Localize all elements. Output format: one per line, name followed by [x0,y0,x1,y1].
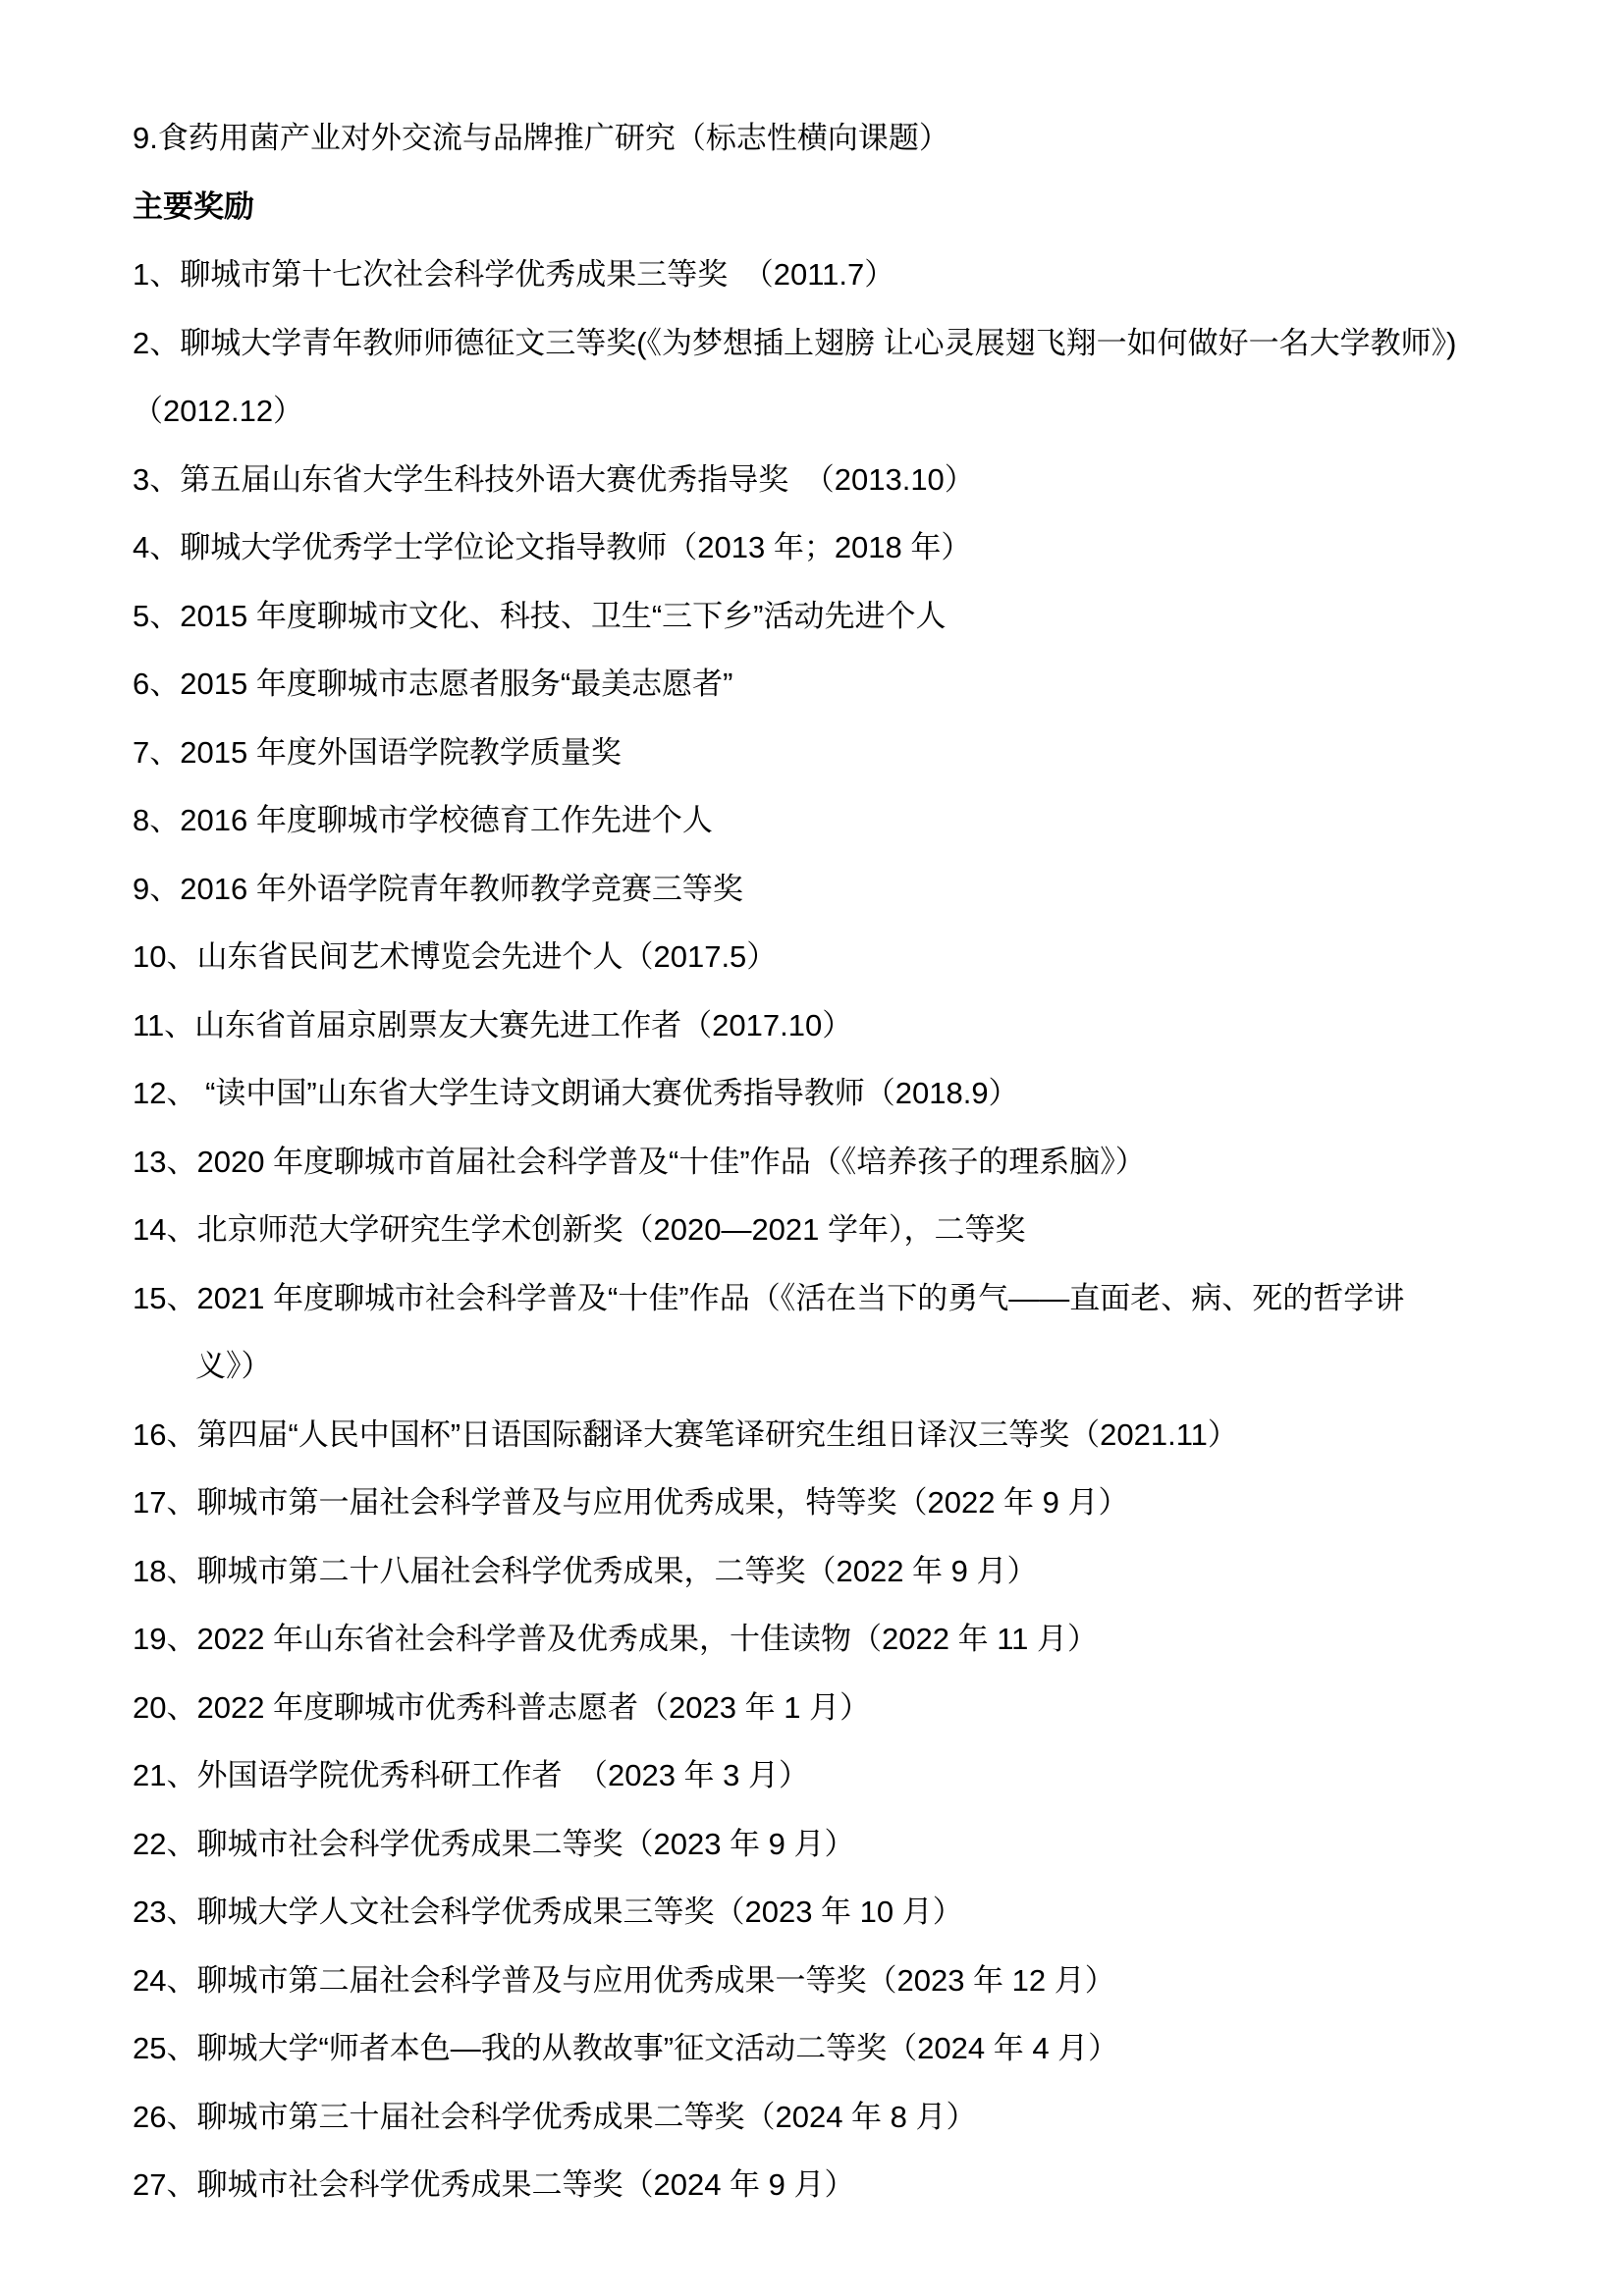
award-line: 21、外国语学院优秀科研工作者 （2023 年 3 月） [133,1741,1537,1810]
award-line: 8、2016 年度聊城市学校德育工作先进个人 [133,786,1537,855]
award-line: 13、2020 年度聊城市首届社会科学普及“十佳”作品（《培养孩子的理系脑》） [133,1128,1537,1197]
award-line: （2012.12） [133,377,1537,446]
award-line: 3、第五届山东省大学生科技外语大赛优秀指导奖 （2013.10） [133,446,1537,514]
award-line: 6、2015 年度聊城市志愿者服务“最美志愿者” [133,650,1537,719]
award-line: 19、2022 年山东省社会科学普及优秀成果，十佳读物（2022 年 11 月） [133,1605,1537,1674]
award-line: 17、聊城市第一届社会科学普及与应用优秀成果，特等奖（2022 年 9 月） [133,1468,1537,1537]
project-line: 9.食药用菌产业对外交流与品牌推广研究（标志性横向课题） [133,104,1537,173]
award-line: 4、聊城大学优秀学士学位论文指导教师（2013 年；2018 年） [133,513,1537,582]
award-line: 27、聊城市社会科学优秀成果二等奖（2024 年 9 月） [133,2151,1537,2219]
award-line: 24、聊城市第二届社会科学普及与应用优秀成果一等奖（2023 年 12 月） [133,1947,1537,2015]
award-line: 22、聊城市社会科学优秀成果二等奖（2023 年 9 月） [133,1810,1537,1879]
award-line: 2、聊城大学青年教师师德征文三等奖(《为梦想插上翅膀 让心灵展翅飞翔一如何做好一… [133,309,1537,378]
award-line: 23、聊城大学人文社会科学优秀成果三等奖（2023 年 10 月） [133,1878,1537,1947]
award-line: 26、聊城市第三十届社会科学优秀成果二等奖（2024 年 8 月） [133,2083,1537,2152]
award-line: 20、2022 年度聊城市优秀科普志愿者（2023 年 1 月） [133,1674,1537,1742]
award-line: 15、2021 年度聊城市社会科学普及“十佳”作品（《活在当下的勇气——直面老、… [133,1264,1537,1333]
award-line: 11、山东省首届京剧票友大赛先进工作者（2017.10） [133,991,1537,1060]
award-line: 义》） [133,1332,1537,1401]
award-line: 14、北京师范大学研究生学术创新奖（2020—2021 学年），二等奖 [133,1196,1537,1264]
award-line: 16、第四届“人民中国杯”日语国际翻译大赛笔译研究生组日译汉三等奖（2021.1… [133,1401,1537,1469]
award-line: 1、聊城市第十七次社会科学优秀成果三等奖 （2011.7） [133,240,1537,309]
award-line: 12、 “读中国”山东省大学生诗文朗诵大赛优秀指导教师（2018.9） [133,1059,1537,1128]
award-line: 7、2015 年度外国语学院教学质量奖 [133,719,1537,787]
award-line: 10、山东省民间艺术博览会先进个人（2017.5） [133,923,1537,991]
award-line: 9、2016 年外语学院青年教师教学竞赛三等奖 [133,855,1537,924]
award-list: 1、聊城市第十七次社会科学优秀成果三等奖 （2011.7）2、聊城大学青年教师师… [133,240,1537,2219]
document-page: 9.食药用菌产业对外交流与品牌推广研究（标志性横向课题） 主要奖励 1、聊城市第… [0,0,1624,2296]
award-line: 5、2015 年度聊城市文化、科技、卫生“三下乡”活动先进个人 [133,582,1537,651]
section-heading: 主要奖励 [133,173,1537,241]
award-line: 18、聊城市第二十八届社会科学优秀成果，二等奖（2022 年 9 月） [133,1537,1537,1606]
award-line: 25、聊城大学“师者本色—我的从教故事”征文活动二等奖（2024 年 4 月） [133,2014,1537,2083]
